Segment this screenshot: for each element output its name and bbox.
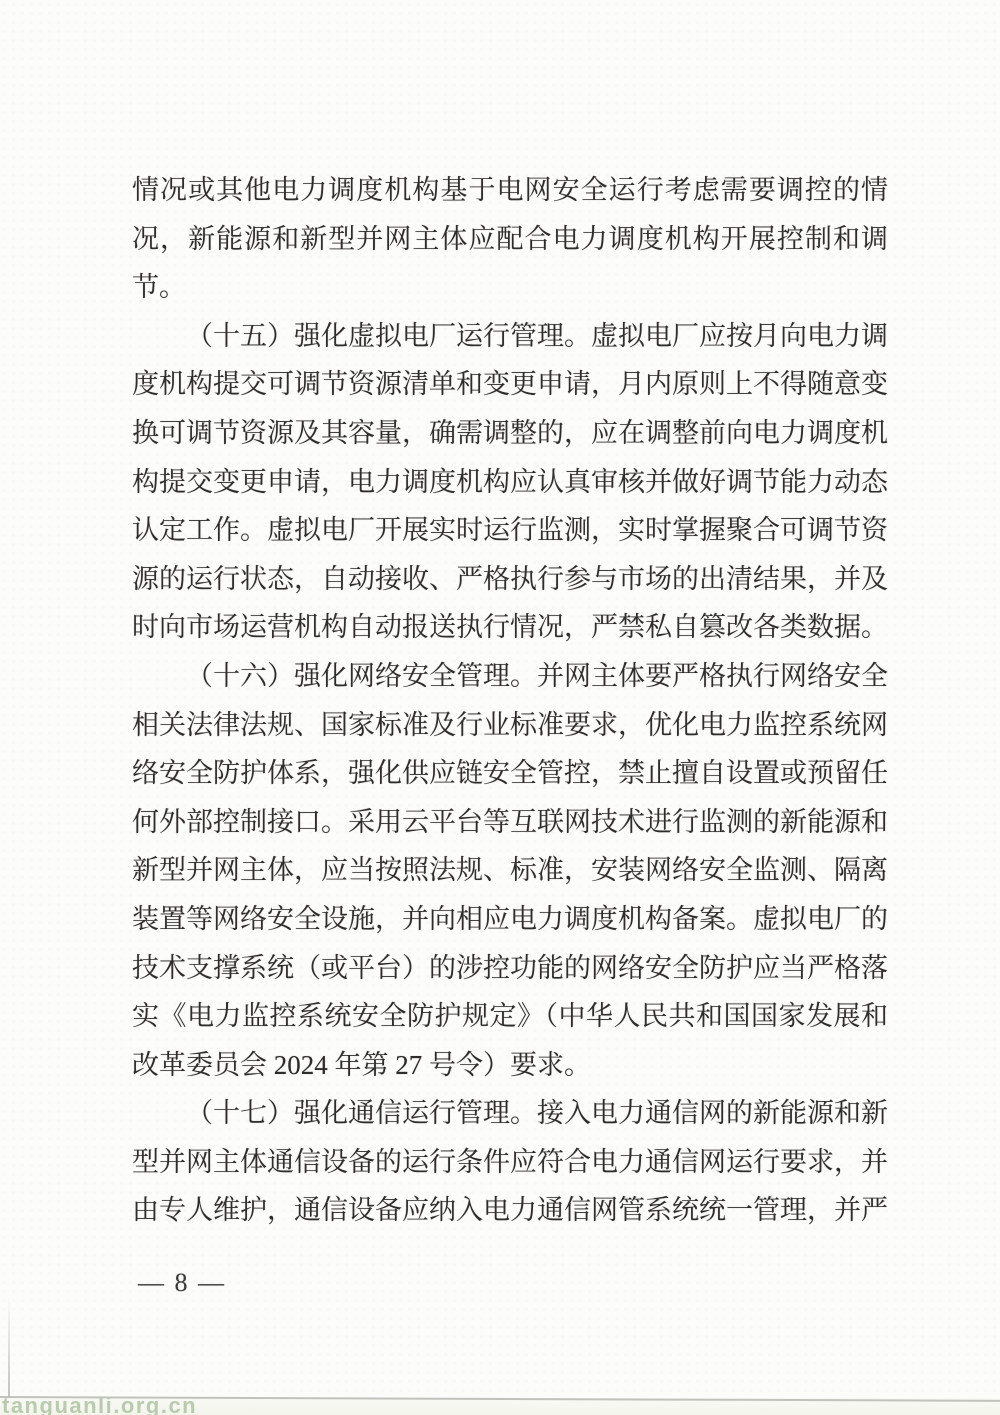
text-line: 构提交变更申请，电力调度机构应认真审核并做好调节能力动态 — [132, 458, 888, 507]
text-line: 源的运行状态，自动接收、严格执行参与市场的出清结果，并及 — [132, 555, 888, 604]
page-number: — 8 — — [138, 1268, 226, 1298]
text-line: 络安全防护体系，强化供应链安全管控，禁止擅自设置或预留任 — [132, 749, 888, 798]
document-page: 情况或其他电力调度机构基于电网安全运行考虑需要调控的情况，新能源和新型并网主体应… — [0, 0, 1000, 1415]
text-line: （十六）强化网络安全管理。并网主体要严格执行网络安全 — [132, 652, 888, 701]
paragraph: （十六）强化网络安全管理。并网主体要严格执行网络安全相关法律法规、国家标准及行业… — [132, 652, 888, 1089]
text-line: 改革委员会 2024 年第 27 号令）要求。 — [132, 1041, 888, 1090]
text-line: 由专人维护，通信设备应纳入电力通信网管系统统一管理，并严 — [132, 1186, 888, 1235]
text-line: 节。 — [132, 263, 888, 312]
text-line: 实《电力监控系统安全防护规定》（中华人民共和国国家发展和 — [132, 992, 888, 1041]
text-line: 新型并网主体，应当按照法规、标准，安装网络安全监测、隔离 — [132, 846, 888, 895]
text-line: 认定工作。虚拟电厂开展实时运行监测，实时掌握聚合可调节资 — [132, 506, 888, 555]
paragraph: （十七）强化通信运行管理。接入电力通信网的新能源和新型并网主体通信设备的运行条件… — [132, 1089, 888, 1235]
watermark: tanguanli.org.cn — [2, 1393, 197, 1415]
text-line: 装置等网络安全设施，并向相应电力调度机构备案。虚拟电厂的 — [132, 895, 888, 944]
text-line: 情况或其他电力调度机构基于电网安全运行考虑需要调控的情 — [132, 166, 888, 215]
text-line: 换可调节资源及其容量，确需调整的，应在调整前向电力调度机 — [132, 409, 888, 458]
text-line: （十五）强化虚拟电厂运行管理。虚拟电厂应按月向电力调 — [132, 312, 888, 361]
body-text: 情况或其他电力调度机构基于电网安全运行考虑需要调控的情况，新能源和新型并网主体应… — [132, 166, 888, 1235]
paragraph: （十五）强化虚拟电厂运行管理。虚拟电厂应按月向电力调度机构提交可调节资源清单和变… — [132, 312, 888, 652]
text-line: （十七）强化通信运行管理。接入电力通信网的新能源和新 — [132, 1089, 888, 1138]
text-line: 度机构提交可调节资源清单和变更申请，月内原则上不得随意变 — [132, 360, 888, 409]
text-line: 技术支撑系统（或平台）的涉控功能的网络安全防护应当严格落 — [132, 944, 888, 993]
page-edge-left-line — [8, 1296, 10, 1397]
text-line: 况，新能源和新型并网主体应配合电力调度机构开展控制和调 — [132, 215, 888, 264]
text-line: 时向市场运营机构自动报送执行情况，严禁私自篡改各类数据。 — [132, 603, 888, 652]
text-line: 相关法律法规、国家标准及行业标准要求，优化电力监控系统网 — [132, 701, 888, 750]
text-line: 型并网主体通信设备的运行条件应符合电力通信网运行要求，并 — [132, 1138, 888, 1187]
text-line: 何外部控制接口。采用云平台等互联网技术进行监测的新能源和 — [132, 798, 888, 847]
paragraph: 情况或其他电力调度机构基于电网安全运行考虑需要调控的情况，新能源和新型并网主体应… — [132, 166, 888, 312]
